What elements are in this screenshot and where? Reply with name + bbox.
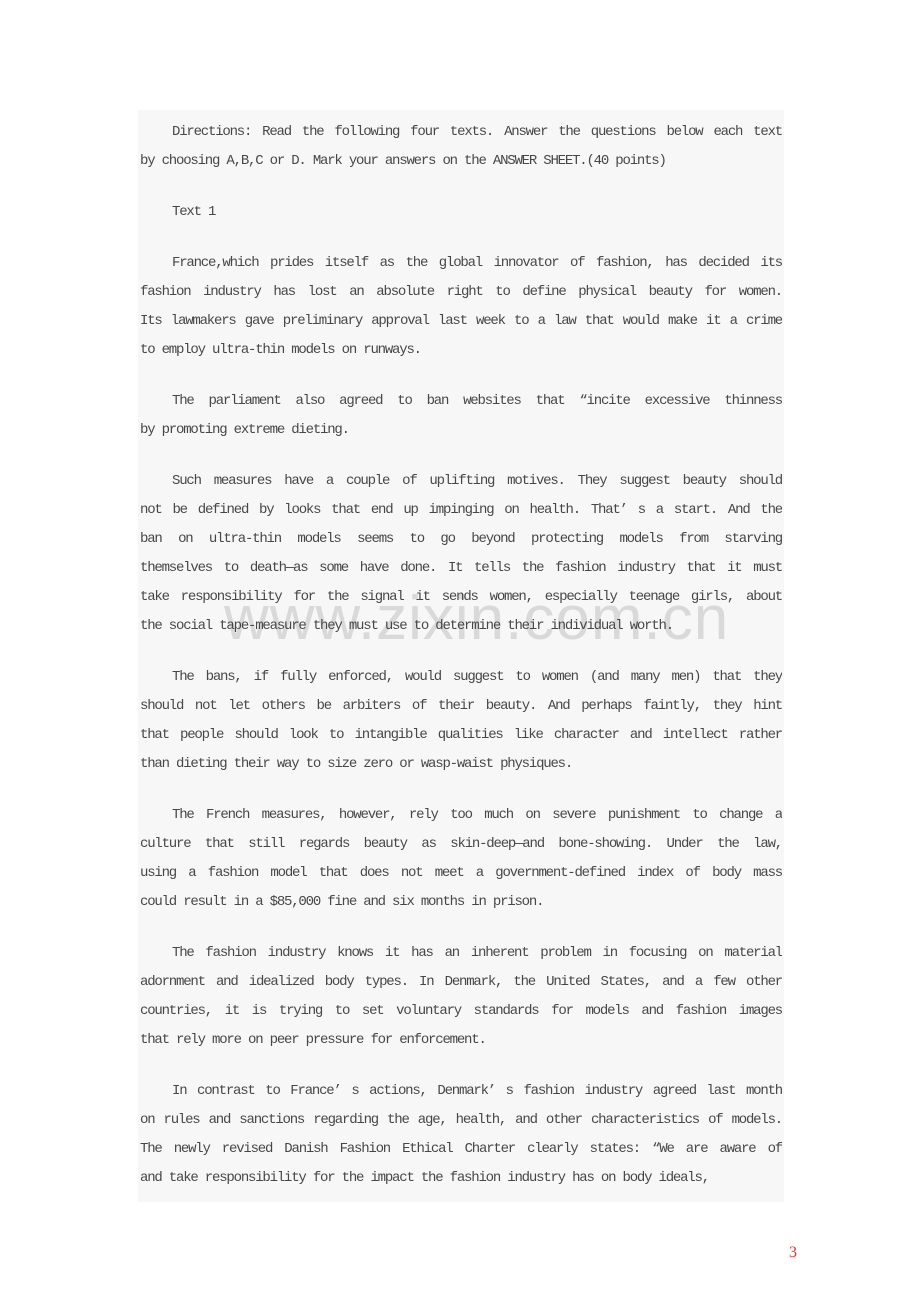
text-line: The newly revised Danish Fashion Ethical…: [140, 1135, 782, 1164]
text-line: by choosing A,B,C or D. Mark your answer…: [140, 147, 782, 176]
text-line: could result in a $85,000 fine and six m…: [140, 888, 782, 917]
paragraph-7: In contrast to France’ s actions, Denmar…: [140, 1077, 782, 1193]
text-line: ban on ultra-thin models seems to go bey…: [140, 525, 782, 554]
text-line: themselves to death—as some have done. I…: [140, 554, 782, 583]
text-line: Its lawmakers gave preliminary approval …: [140, 307, 782, 336]
text-line: Directions: Read the following four text…: [140, 118, 782, 147]
text-line: should not let others be arbiters of the…: [140, 692, 782, 721]
page-number: 3: [789, 1243, 797, 1263]
paragraph-6: The fashion industry knows it has an inh…: [140, 939, 782, 1055]
text-line: In contrast to France’ s actions, Denmar…: [140, 1077, 782, 1106]
document-page: www.zixin.com.cn Directions: Read the fo…: [0, 0, 920, 1301]
text-line: the social tape-measure they must use to…: [140, 612, 782, 641]
paragraph-2: The parliament also agreed to ban websit…: [140, 387, 782, 445]
text-line: France,which prides itself as the global…: [140, 249, 782, 278]
text-line: and take responsibility for the impact t…: [140, 1164, 782, 1193]
text-line: The fashion industry knows it has an inh…: [140, 939, 782, 968]
paragraph-4: The bans, if fully enforced, would sugge…: [140, 663, 782, 779]
text-line: using a fashion model that does not meet…: [140, 859, 782, 888]
text-line: not be defined by looks that end up impi…: [140, 496, 782, 525]
text-line: that people should look to intangible qu…: [140, 721, 782, 750]
text-line: take responsibility for the signal it se…: [140, 583, 782, 612]
text-line: The French measures, however, rely too m…: [140, 801, 782, 830]
text-line: fashion industry has lost an absolute ri…: [140, 278, 782, 307]
paragraph-1: France,which prides itself as the global…: [140, 249, 782, 365]
text-line: on rules and sanctions regarding the age…: [140, 1106, 782, 1135]
text-line: Such measures have a couple of uplifting…: [140, 467, 782, 496]
paragraph-3: Such measures have a couple of uplifting…: [140, 467, 782, 641]
heading-line: Text 1: [140, 198, 782, 227]
directions-paragraph: Directions: Read the following four text…: [140, 118, 782, 176]
text-line: adornment and idealized body types. In D…: [140, 968, 782, 997]
text-line: countries, it is trying to set voluntary…: [140, 997, 782, 1026]
text-line: The parliament also agreed to ban websit…: [140, 387, 782, 416]
document-content: Directions: Read the following four text…: [138, 110, 784, 1202]
text-line: by promoting extreme dieting.: [140, 416, 782, 445]
text-line: The bans, if fully enforced, would sugge…: [140, 663, 782, 692]
text-line: that rely more on peer pressure for enfo…: [140, 1026, 782, 1055]
paragraph-5: The French measures, however, rely too m…: [140, 801, 782, 917]
text-line: to employ ultra-thin models on runways.: [140, 336, 782, 365]
text-line: than dieting their way to size zero or w…: [140, 750, 782, 779]
text-block: www.zixin.com.cn Directions: Read the fo…: [138, 110, 784, 1202]
text-line: culture that still regards beauty as ski…: [140, 830, 782, 859]
text1-heading: Text 1: [140, 198, 782, 227]
